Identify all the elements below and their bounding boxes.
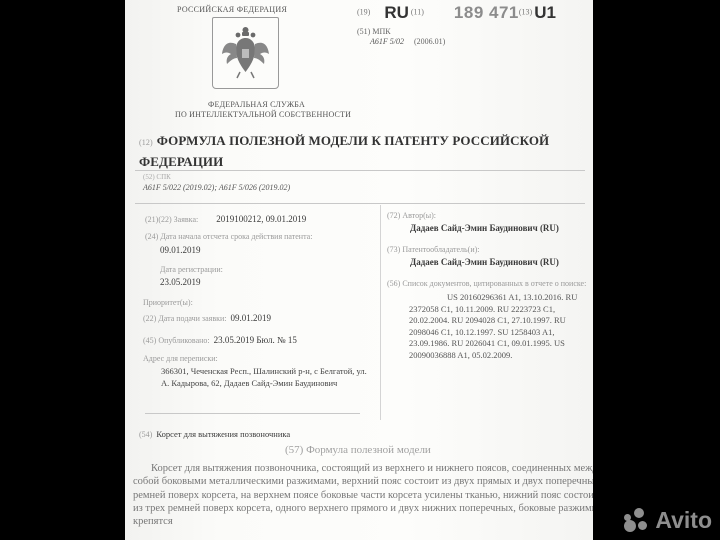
kind-code: U1	[534, 3, 556, 22]
filing-value: 09.01.2019	[231, 313, 272, 323]
registration-value: 23.05.2019	[160, 277, 201, 287]
patent-document-page: РОССИЙСКАЯ ФЕДЕРАЦИЯ ФЕДЕРАЛЬНАЯ СЛУЖБА …	[125, 0, 593, 540]
code-11: (11)	[411, 7, 424, 16]
authors-label: (72) Автор(ы):	[387, 211, 436, 220]
formula-heading: (57) Формула полезной модели	[285, 444, 431, 456]
title-text: ФОРМУЛА ПОЛЕЗНОЙ МОДЕЛИ К ПАТЕНТУ РОССИЙ…	[139, 133, 549, 169]
spk-label: (52) СПК	[143, 173, 171, 181]
holders-label: (73) Патентообладатель(и):	[387, 245, 480, 254]
published-field: (45) Опубликовано: 23.05.2019 Бюл. № 15	[143, 330, 297, 348]
cited-documents: US 20160296361 A1, 13.10.2016. RU 237205…	[409, 292, 593, 361]
title-divider	[135, 170, 585, 171]
published-value: 23.05.2019 Бюл. № 15	[214, 335, 297, 345]
spk-value: A61F 5/022 (2019.02); A61F 5/026 (2019.0…	[143, 183, 290, 192]
application-field: (21)(22) Заявка: 2019100212, 09.01.2019	[145, 209, 306, 227]
mpk-version: (2006.01)	[414, 37, 445, 46]
address-label: Адрес для переписки:	[143, 354, 218, 363]
cited-label: (56) Список документов, цитированных в о…	[387, 279, 593, 288]
document-title: (12)ФОРМУЛА ПОЛЕЗНОЙ МОДЕЛИ К ПАТЕНТУ РО…	[139, 131, 584, 171]
application-value: 2019100212, 09.01.2019	[216, 214, 306, 224]
mpk-classification: A61F 5/02 (2006.01)	[370, 37, 445, 46]
invention-code: (54)	[139, 430, 152, 439]
invention-name: Корсет для вытяжения позвоночника	[156, 429, 290, 439]
agency-name-line2: ПО ИНТЕЛЛЕКТУАЛЬНОЙ СОБСТВЕННОСТИ	[175, 110, 351, 119]
avito-watermark: Avito	[624, 507, 712, 534]
code-19: (19)	[357, 7, 370, 16]
authors-value: Дадаев Сайд-Эмин Баудинович (RU)	[410, 223, 559, 233]
address-value: 366301, Чеченская Респ., Шалинский р-н, …	[161, 366, 376, 389]
avito-dots-logo-icon	[624, 508, 652, 534]
holders-value: Дадаев Сайд-Эмин Баудинович (RU)	[410, 257, 559, 267]
left-bottom-divider	[145, 413, 360, 414]
filing-label: (22) Дата подачи заявки:	[143, 314, 227, 323]
title-code: (12)	[139, 138, 153, 147]
invention-title: (54) Корсет для вытяжения позвоночника	[139, 424, 290, 442]
filing-date-field: (22) Дата подачи заявки: 09.01.2019	[143, 308, 271, 326]
avito-brand: Avito	[655, 507, 712, 534]
coat-of-arms-icon	[212, 17, 279, 89]
column-divider	[380, 205, 381, 420]
section-divider	[135, 203, 585, 204]
mpk-label: (51) МПК	[357, 27, 391, 36]
code-13: (13)	[519, 7, 532, 16]
formula-text: Корсет для вытяжения позвоночника, состо…	[133, 462, 593, 528]
registration-label: Дата регистрации:	[160, 265, 223, 274]
published-label: (45) Опубликовано:	[143, 336, 210, 345]
patent-number-row: (19) RU (11) 189 471(13) U1	[357, 3, 556, 23]
patent-number: 189 471	[454, 3, 519, 22]
application-label: (21)(22) Заявка:	[145, 215, 198, 224]
country-code: RU	[384, 3, 409, 22]
term-start-label: (24) Дата начала отсчета срока действия …	[145, 232, 312, 241]
priority-label: Приоритет(ы):	[143, 298, 193, 307]
term-start-value: 09.01.2019	[160, 245, 201, 255]
agency-name-line1: ФЕДЕРАЛЬНАЯ СЛУЖБА	[208, 100, 305, 109]
country-heading: РОССИЙСКАЯ ФЕДЕРАЦИЯ	[177, 5, 287, 14]
mpk-value: A61F 5/02	[370, 37, 404, 46]
